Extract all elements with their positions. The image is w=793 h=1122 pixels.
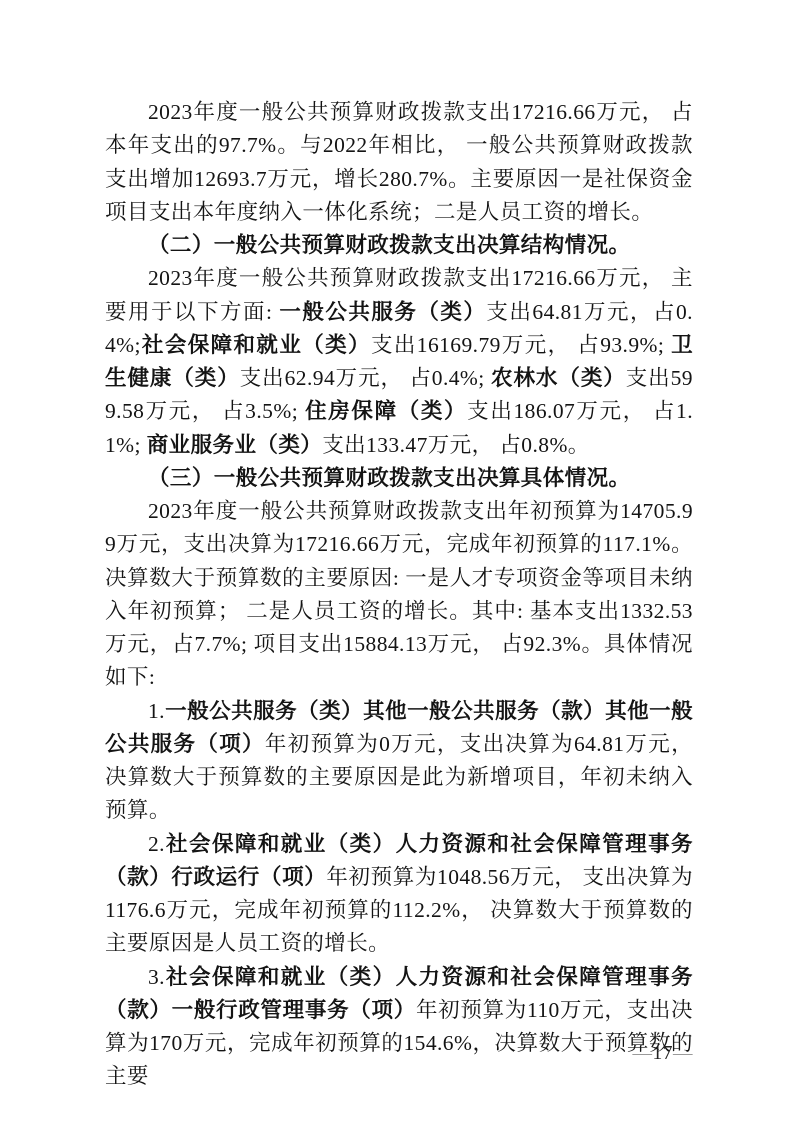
section-heading-detail-text: （三）一般公共预算财政拨款支出决算具体情况。 [148, 466, 630, 490]
structure-text-6: 支出133.47万元， 占0.8%。 [322, 433, 590, 457]
category-agriculture-forestry-water: 农林水（类） [491, 366, 626, 390]
list-item-1: 1.一般公共服务（类）其他一般公共服务（款）其他一般公共服务（项）年初预算为0万… [105, 695, 693, 828]
paragraph-detail-text: 2023年度一般公共预算财政拨款支出年初预算为14705.99万元，支出决算为1… [105, 499, 693, 689]
category-general-public-services: 一般公共服务（类） [279, 300, 486, 324]
category-housing-security: 住房保障（类） [305, 399, 467, 423]
page-number-value: 17 [653, 1043, 674, 1064]
paragraph-overview-text: 2023年度一般公共预算财政拨款支出17216.66万元， 占本年支出的97.7… [105, 100, 693, 224]
document-page: 2023年度一般公共预算财政拨款支出17216.66万元， 占本年支出的97.7… [0, 0, 793, 1122]
section-heading-detail: （三）一般公共预算财政拨款支出决算具体情况。 [105, 462, 693, 495]
text-block: 2023年度一般公共预算财政拨款支出17216.66万元， 占本年支出的97.7… [105, 96, 693, 1094]
section-heading-structure-text: （二）一般公共预算财政拨款支出决算结构情况。 [148, 233, 630, 257]
list-item-2: 2.社会保障和就业（类）人力资源和社会保障管理事务（款）行政运行（项）年初预算为… [105, 828, 693, 961]
structure-text-3: 支出62.94万元， 占0.4%; [240, 366, 491, 390]
page-number-dash-right: — [673, 1043, 693, 1064]
page-number-dash-left: — [633, 1043, 653, 1064]
list-item-3: 3.社会保障和就业（类）人力资源和社会保障管理事务（款）一般行政管理事务（项）年… [105, 961, 693, 1094]
list-item-2-number: 2. [148, 832, 165, 856]
section-heading-structure: （二）一般公共预算财政拨款支出决算结构情况。 [105, 229, 693, 262]
page-number: —17— [633, 1042, 694, 1066]
category-commercial-services: 商业服务业（类） [147, 433, 322, 457]
list-item-1-number: 1. [148, 699, 165, 723]
paragraph-structure: 2023年度一般公共预算财政拨款支出17216.66万元， 主要用于以下方面: … [105, 262, 693, 462]
list-item-3-number: 3. [148, 965, 165, 989]
paragraph-overview: 2023年度一般公共预算财政拨款支出17216.66万元， 占本年支出的97.7… [105, 96, 693, 229]
category-social-security-employment: 社会保障和就业（类） [141, 333, 371, 357]
paragraph-detail: 2023年度一般公共预算财政拨款支出年初预算为14705.99万元，支出决算为1… [105, 495, 693, 695]
structure-text-2: 支出16169.79万元， 占93.9%; [371, 333, 671, 357]
